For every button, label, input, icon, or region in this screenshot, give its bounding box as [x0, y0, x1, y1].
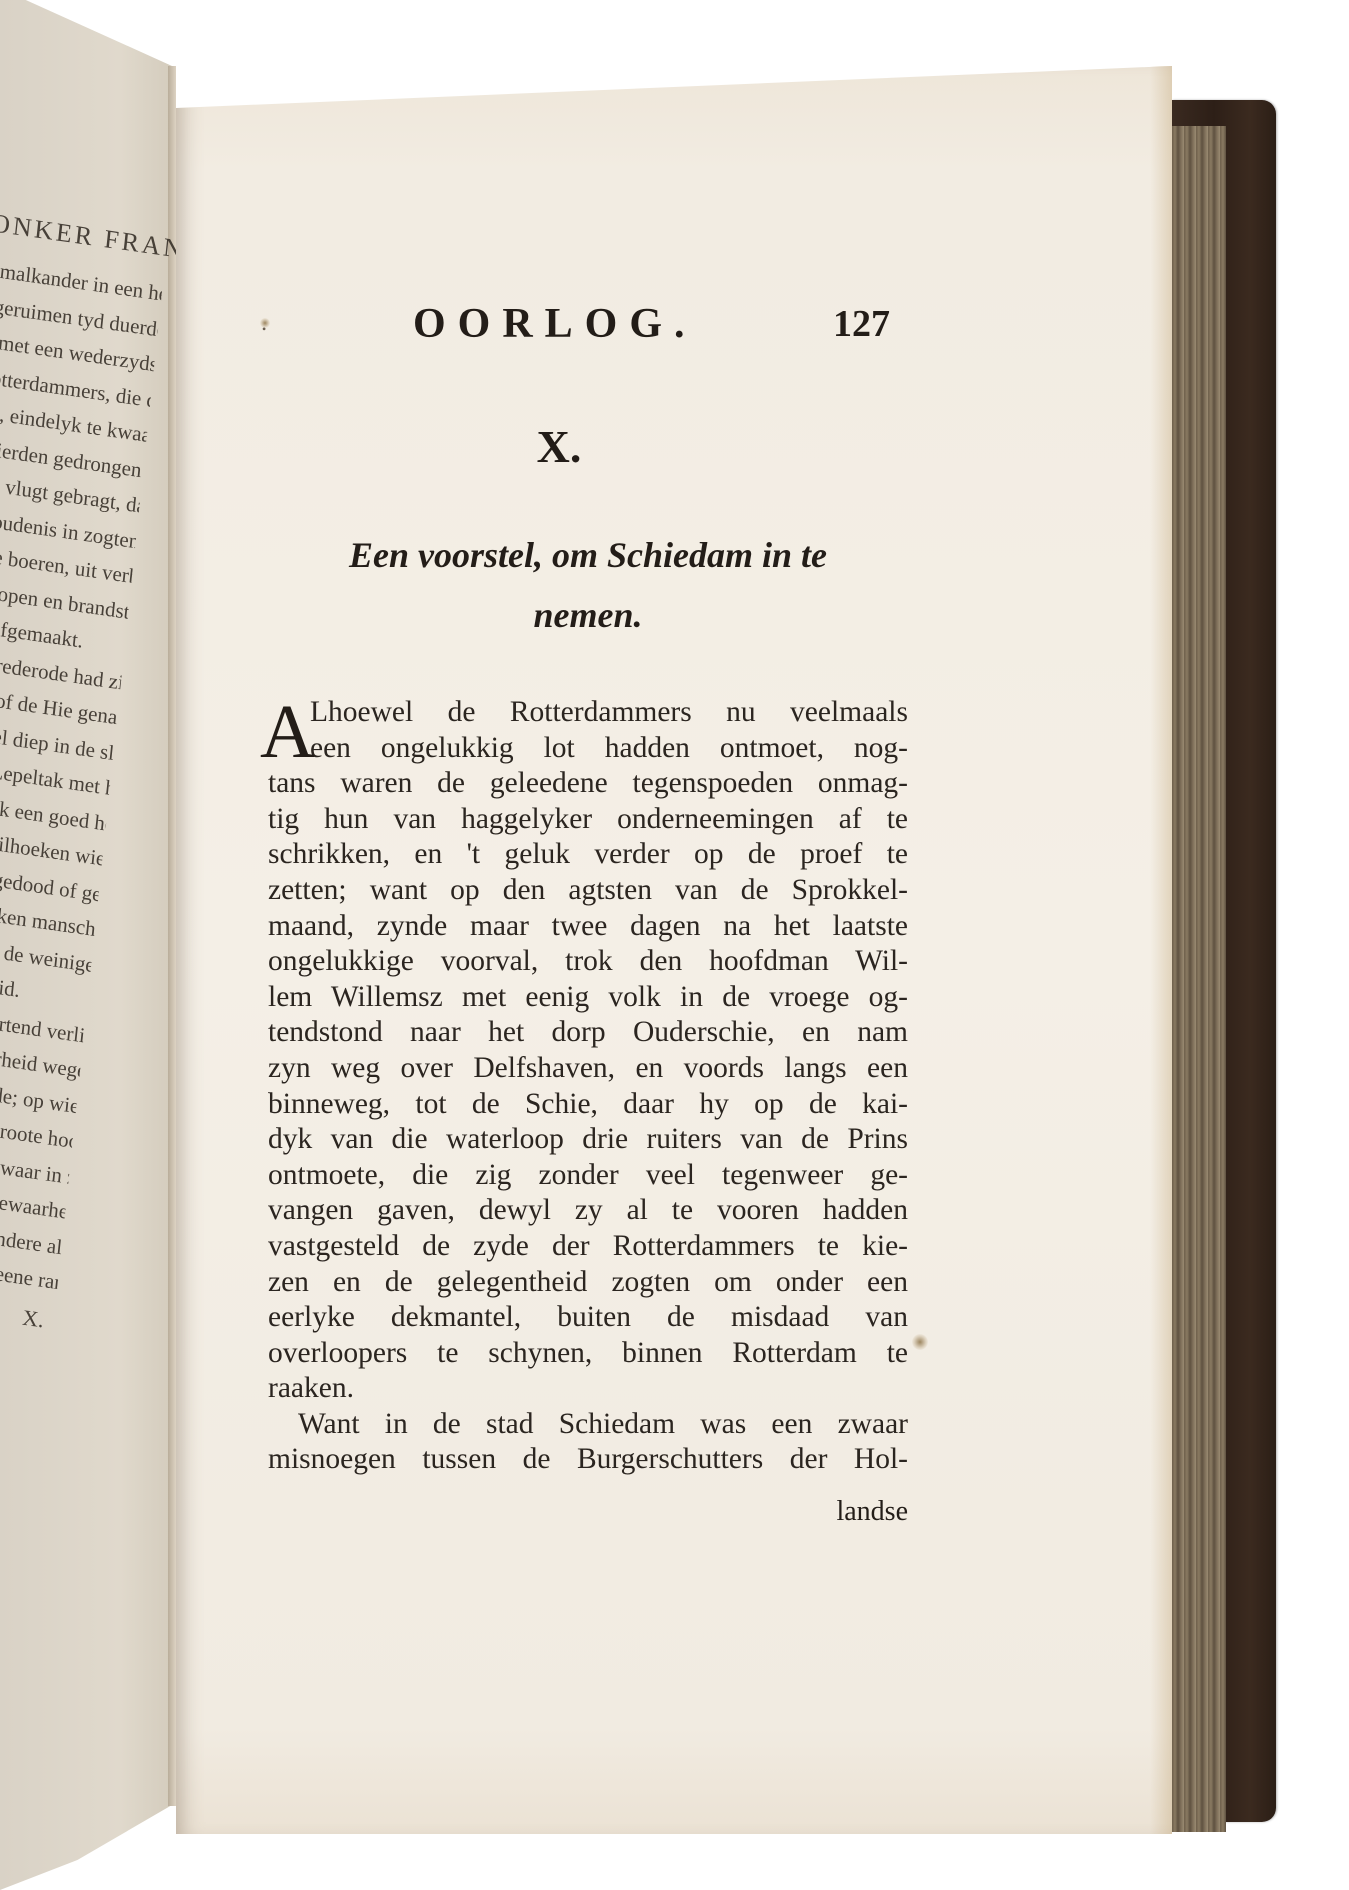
text-line: eerlyke dekmantel, buiten de misdaad van — [268, 1300, 908, 1336]
page-edges — [1166, 126, 1226, 1832]
catchword: landse — [268, 1496, 908, 1528]
foxing-spot — [912, 1334, 928, 1350]
text-line: dyk van die waterloop drie ruiters van d… — [268, 1122, 908, 1158]
running-title: OORLOG. — [413, 300, 697, 348]
text-line: overloopers te schynen, binnen Rotterdam… — [268, 1336, 908, 1372]
text-line: zetten; want op den agtsten van de Sprok… — [268, 873, 908, 909]
text-line: vangen gaven, dewyl zy al te vooren hadd… — [268, 1193, 908, 1229]
text-line: raaken. — [268, 1371, 908, 1407]
text-line: lem Willemsz met eenig volk in de vroege… — [268, 980, 908, 1016]
body-text: A Lhoewel de Rotterdammers nu veelmaals … — [268, 695, 908, 1478]
chapter-number: X. — [210, 420, 908, 473]
page-number: 127 — [833, 302, 890, 346]
text-line: Want in de stad Schiedam was een zwaar — [268, 1407, 908, 1443]
text-line: zyn weg over Delfshaven, en voords langs… — [268, 1051, 908, 1087]
chapter-title-line: nemen. — [268, 585, 908, 645]
text-line: ontmoete, die zig zonder veel tegenweer … — [268, 1158, 908, 1194]
text-line: maand, zynde maar twee dagen na het laat… — [268, 909, 908, 945]
book-gutter — [168, 66, 176, 1806]
drop-cap: A — [260, 699, 315, 765]
page-edge-stain — [1150, 66, 1172, 1834]
text-line: een ongelukkig lot hadden ontmoet, nog- — [268, 731, 908, 767]
header-mark: • — [262, 322, 266, 337]
text-line: tans waren de geleedene tegenspoeden onm… — [268, 766, 908, 802]
right-page-content: • OORLOG. 127 X. Een voorstel, om Schied… — [268, 300, 908, 1528]
text-line: zen en de gelegentheid zogten om onder e… — [268, 1265, 908, 1301]
text-line: tendstond naar het dorp Ouderschie, en n… — [268, 1015, 908, 1051]
chapter-title-line: Een voorstel, om Schiedam in te — [268, 525, 908, 585]
running-header: • OORLOG. 127 — [268, 300, 908, 360]
text-line: binneweg, tot de Schie, daar hy op de ka… — [268, 1087, 908, 1123]
chapter-title: Een voorstel, om Schiedam in te nemen. — [268, 525, 908, 645]
text-line: ongelukkige voorval, trok den hoofdman W… — [268, 944, 908, 980]
text-line: Lhoewel de Rotterdammers nu veelmaals — [268, 695, 908, 731]
signature-mark: X. — [21, 1304, 45, 1333]
text-line: vastgesteld de zyde der Rotterdammers te… — [268, 1229, 908, 1265]
text-line: misnoegen tussen de Burgerschutters der … — [268, 1442, 908, 1478]
text-line: schrikken, en 't geluk verder op de proe… — [268, 837, 908, 873]
text-line: tig hun van haggelyker onderneemingen af… — [268, 802, 908, 838]
